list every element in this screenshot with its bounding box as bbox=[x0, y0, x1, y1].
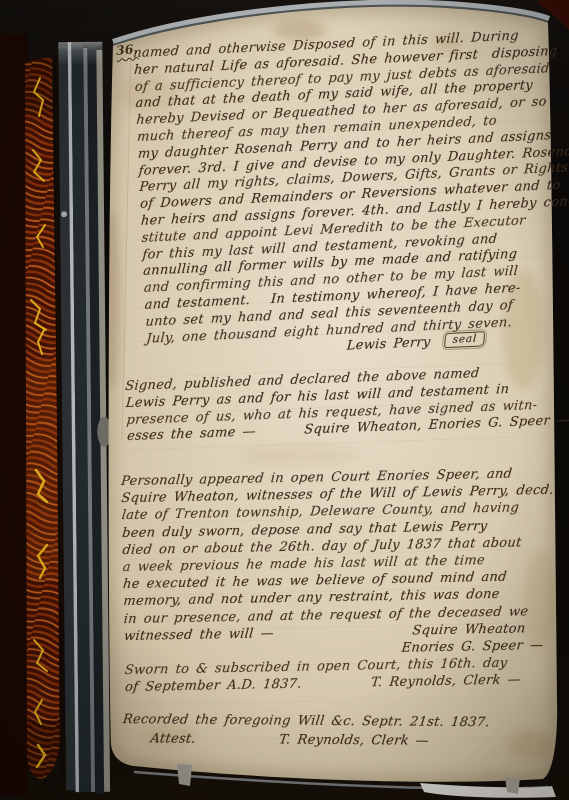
document-page bbox=[103, 7, 557, 794]
page-tear-right bbox=[505, 777, 520, 794]
page-tear-left bbox=[177, 764, 192, 786]
photo-of-will-record-book: { "manuscript": { "page_number": "36.", … bbox=[0, 0, 569, 800]
book-photo bbox=[0, 0, 569, 800]
